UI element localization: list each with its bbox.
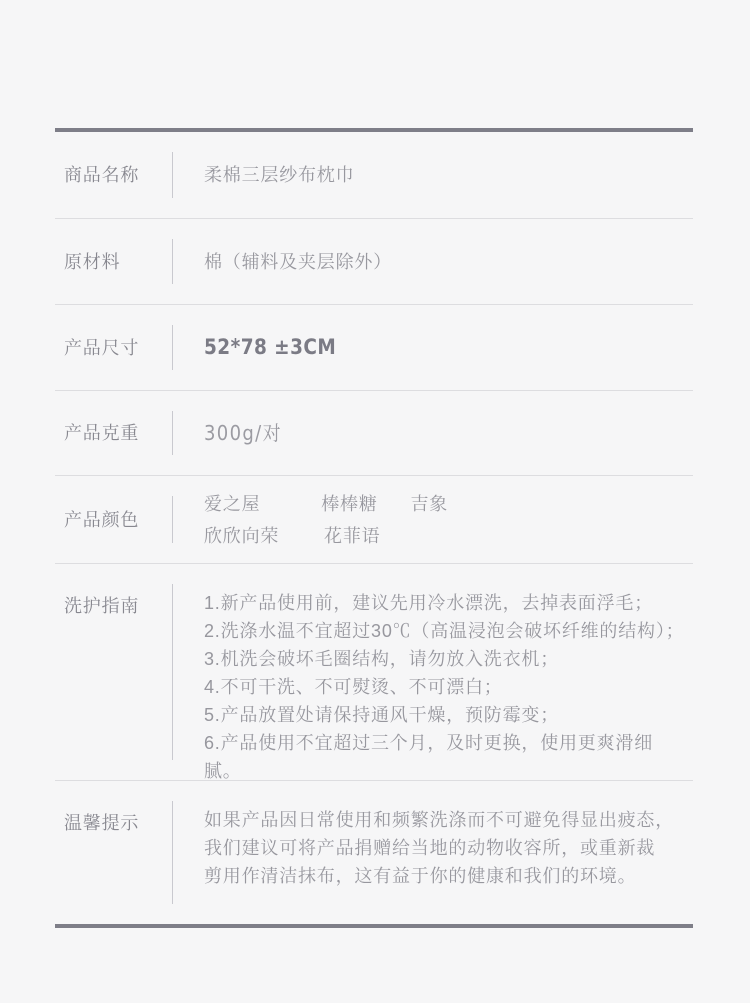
row-value-weight: 300g/对 — [173, 420, 693, 447]
spec-table: 商品名称 柔棉三层纱布枕巾 原材料 棉（辅料及夹层除外） 产品尺寸 52*78 … — [55, 132, 693, 924]
row-label-weight: 产品克重 — [55, 422, 172, 444]
size-value: 52*78 ±3CM — [204, 334, 336, 360]
color-options-line-2: 欣欣向荣 花菲语 — [204, 520, 687, 552]
spec-row-product-name: 商品名称 柔棉三层纱布枕巾 — [55, 132, 693, 219]
product-spec-sheet: 商品名称 柔棉三层纱布枕巾 原材料 棉（辅料及夹层除外） 产品尺寸 52*78 … — [55, 128, 693, 928]
spec-row-material: 原材料 棉（辅料及夹层除外） — [55, 219, 693, 305]
row-label-colors: 产品颜色 — [55, 509, 172, 531]
row-label-material: 原材料 — [55, 251, 172, 273]
row-label-care-guide: 洗护指南 — [55, 564, 172, 617]
care-instruction: 1.新产品使用前，建议先用冷水漂洗，去掉表面浮毛； — [204, 589, 687, 617]
row-value-material: 棉（辅料及夹层除外） — [173, 249, 693, 275]
color-option: 爱之屋 — [204, 488, 260, 520]
care-instruction: 4.不可干洗、不可熨烫、不可漂白； — [204, 673, 687, 701]
care-instruction: 2.洗涤水温不宜超过30℃（高温浸泡会破坏纤维的结构）； — [204, 617, 687, 645]
color-option: 棒棒糖 — [321, 488, 377, 520]
care-instruction: 5.产品放置处请保持通风干燥，预防霉变； — [204, 701, 687, 729]
color-option: 花菲语 — [324, 520, 380, 552]
spec-row-weight: 产品克重 300g/对 — [55, 391, 693, 476]
row-label-size: 产品尺寸 — [55, 337, 172, 359]
row-value-tips: 如果产品因日常使用和频繁洗涤而不可避免得显出疲态， 我们建议可将产品捐赠给当地的… — [173, 781, 693, 890]
tips-text-line: 剪用作清洁抹布，这有益于你的健康和我们的环境。 — [204, 862, 687, 890]
row-value-care-guide: 1.新产品使用前，建议先用冷水漂洗，去掉表面浮毛； 2.洗涤水温不宜超过30℃（… — [173, 564, 693, 785]
spec-row-colors: 产品颜色 爱之屋 棒棒糖 吉象 欣欣向荣 花菲语 — [55, 476, 693, 564]
row-value-size: 52*78 ±3CM — [173, 334, 693, 361]
row-value-colors: 爱之屋 棒棒糖 吉象 欣欣向荣 花菲语 — [173, 488, 693, 552]
spec-row-size: 产品尺寸 52*78 ±3CM — [55, 305, 693, 391]
color-options-line-1: 爱之屋 棒棒糖 吉象 — [204, 488, 687, 520]
row-label-tips: 温馨提示 — [55, 781, 172, 834]
row-value-product-name: 柔棉三层纱布枕巾 — [173, 162, 693, 188]
bottom-accent-bar — [55, 924, 693, 928]
spec-row-tips: 温馨提示 如果产品因日常使用和频繁洗涤而不可避免得显出疲态， 我们建议可将产品捐… — [55, 781, 693, 924]
color-option: 欣欣向荣 — [204, 520, 279, 552]
tips-text-line: 我们建议可将产品捐赠给当地的动物收容所，或重新裁 — [204, 834, 687, 862]
row-label-product-name: 商品名称 — [55, 164, 172, 186]
care-instruction: 6.产品使用不宜超过三个月，及时更换，使用更爽滑细腻。 — [204, 729, 687, 785]
weight-value: 300g/对 — [204, 420, 282, 446]
tips-text-line: 如果产品因日常使用和频繁洗涤而不可避免得显出疲态， — [204, 806, 687, 834]
color-option: 吉象 — [410, 488, 448, 520]
care-instruction: 3.机洗会破坏毛圈结构，请勿放入洗衣机； — [204, 645, 687, 673]
spec-row-care-guide: 洗护指南 1.新产品使用前，建议先用冷水漂洗，去掉表面浮毛； 2.洗涤水温不宜超… — [55, 564, 693, 781]
